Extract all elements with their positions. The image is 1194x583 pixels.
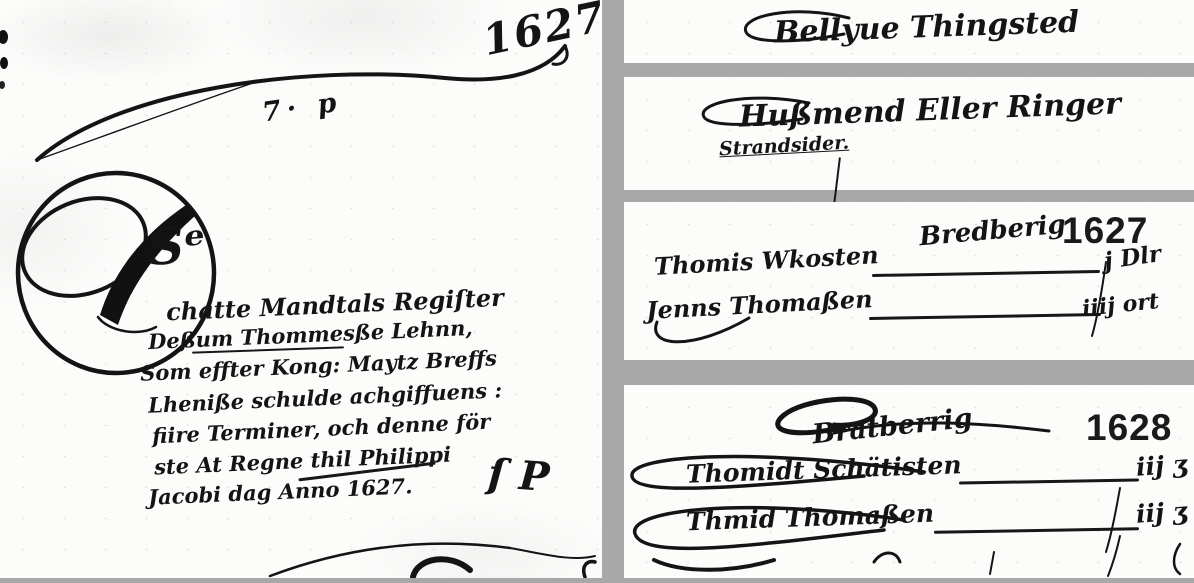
bottom-border — [0, 578, 1194, 583]
entry-name: Thomis Wkosten — [653, 240, 879, 281]
strip3-place: Bredberig — [918, 210, 1067, 253]
strip-divider-1 — [602, 63, 1194, 77]
paraph-mark: ſ P — [486, 450, 550, 501]
bottom-flourish-icon — [265, 536, 600, 578]
record-strip-1628: Bratberrig 1628 Thomidt Schätisten iij ʒ… — [624, 385, 1194, 578]
entry-dash-line — [869, 313, 1101, 320]
vertical-divider — [602, 0, 624, 583]
strip-divider-3 — [602, 360, 1194, 385]
title-swash-icon — [694, 95, 814, 131]
page-edge-blots-icon — [0, 25, 14, 95]
swash-overlay-icon — [624, 440, 1194, 578]
record-strip-heading: Bellyue Thingsted — [624, 0, 1194, 63]
strip2-subtitle: Strandsider. — [719, 132, 850, 161]
initial-capital: Sᵉ — [146, 214, 208, 277]
record-strip-1627: Bredberig 1627 Thomis Wkosten j Dlr Jenn… — [624, 202, 1194, 360]
record-strip-category: Hußmend Eller Ringer Strandsider. — [624, 77, 1194, 190]
manuscript-page-left: 1627. 7· p Sᵉ chatte Mandtals Regiſter D… — [0, 0, 602, 578]
strip-divider-2 — [602, 190, 1194, 202]
manuscript-line: Jacobi dag Anno 1627. — [148, 473, 413, 510]
descender-flourish-icon — [639, 314, 769, 358]
manuscript-collage: 1627. 7· p Sᵉ chatte Mandtals Regiſter D… — [0, 0, 1194, 583]
heading-swash-icon — [754, 387, 1054, 447]
entry-dash-line — [872, 270, 1100, 276]
title-swash-icon — [734, 8, 854, 48]
amount-tick-icon — [1086, 260, 1126, 340]
